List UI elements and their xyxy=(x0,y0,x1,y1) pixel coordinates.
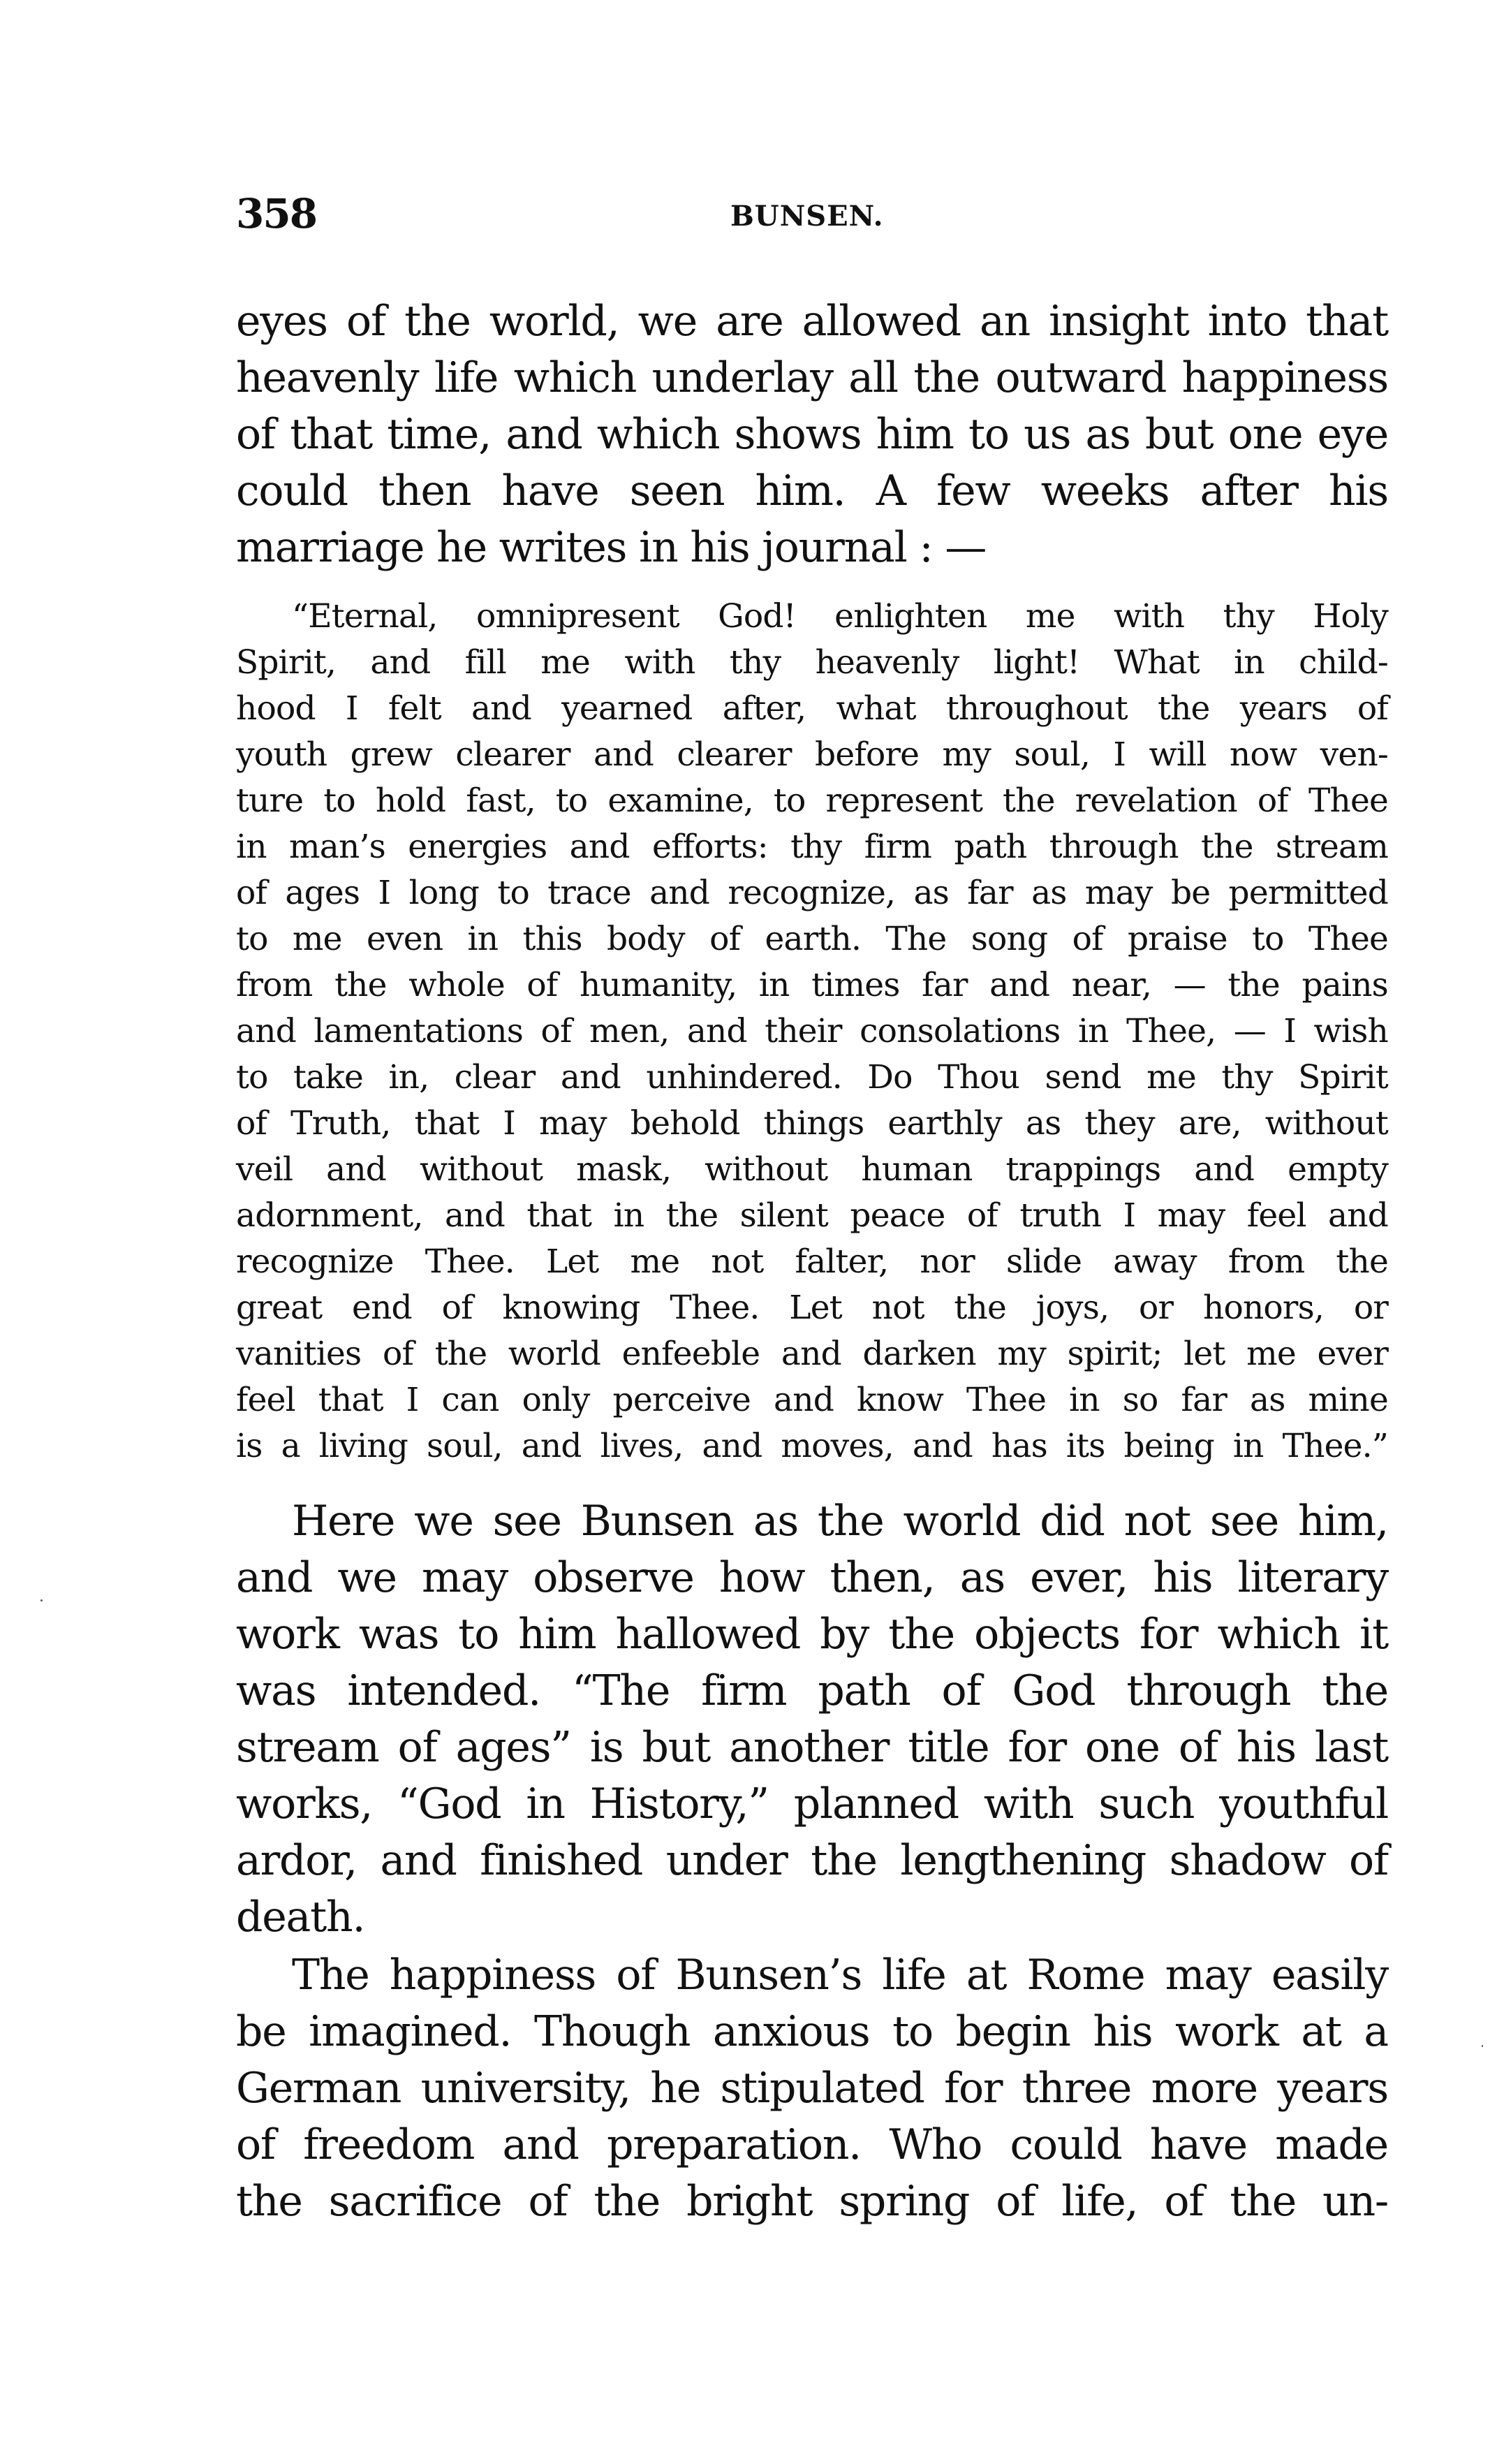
text-line: work was to him hallowed by the objects … xyxy=(236,1606,1388,1663)
text-line: be imagined. Though anxious to begin his… xyxy=(236,2004,1388,2060)
quote-line: of ages I long to trace and recognize, a… xyxy=(236,870,1388,916)
quote-line: to me even in this body of earth. The so… xyxy=(236,916,1388,962)
quote-line: is a living soul, and lives, and moves, … xyxy=(236,1423,1388,1469)
text-line: the sacrifice of the bright spring of li… xyxy=(236,2173,1388,2230)
quote-line: recognize Thee. Let me not falter, nor s… xyxy=(236,1239,1388,1285)
paragraph-here-we-see: Here we see Bunsen as the world did not … xyxy=(236,1493,1388,1946)
quote-line: Spirit, and fill me with thy heavenly li… xyxy=(236,640,1388,686)
text-line: marriage he writes in his journal : — xyxy=(236,520,1388,576)
text-line: could then have seen him. A few weeks af… xyxy=(236,463,1388,520)
text-line: The happiness of Bunsen’s life at Rome m… xyxy=(236,1947,1388,2004)
text-line: stream of ages” is but another title for… xyxy=(236,1719,1388,1776)
paragraph-intro: eyes of the world, we are allowed an ins… xyxy=(236,293,1388,576)
text-line: Here we see Bunsen as the world did not … xyxy=(236,1493,1388,1550)
quote-line: “Eternal, omnipresent God! enlighten me … xyxy=(236,594,1388,640)
text-line: eyes of the world, we are allowed an ins… xyxy=(236,293,1388,350)
quote-line: of Truth, that I may behold things earth… xyxy=(236,1101,1388,1147)
text-line: was intended. “The firm path of God thro… xyxy=(236,1663,1388,1719)
text-line: of freedom and preparation. Who could ha… xyxy=(236,2117,1388,2173)
quote-line: vanities of the world enfeeble and darke… xyxy=(236,1331,1388,1377)
quote-line: hood I felt and yearned after, what thro… xyxy=(236,686,1388,732)
text-line: ardor, and finished under the lengthenin… xyxy=(236,1833,1388,1889)
quote-line: youth grew clearer and clearer before my… xyxy=(236,732,1388,778)
page-header: 358 BUNSEN. xyxy=(236,190,1388,246)
scan-speck xyxy=(1482,2045,1483,2047)
paragraph-happiness: The happiness of Bunsen’s life at Rome m… xyxy=(236,1947,1388,2230)
quote-line: to take in, clear and unhindered. Do Tho… xyxy=(236,1055,1388,1101)
quote-line: adornment, and that in the silent peace … xyxy=(236,1193,1388,1239)
quote-line: great end of knowing Thee. Let not the j… xyxy=(236,1285,1388,1331)
quote-line: feel that I can only perceive and know T… xyxy=(236,1377,1388,1423)
page-number: 358 xyxy=(236,190,316,237)
scan-speck xyxy=(40,1599,43,1601)
quote-line: ture to hold fast, to examine, to repres… xyxy=(236,778,1388,824)
quote-line: and lamentations of men, and their conso… xyxy=(236,1009,1388,1055)
quote-line: in man’s energies and efforts: thy firm … xyxy=(236,824,1388,870)
text-line: heavenly life which underlay all the out… xyxy=(236,350,1388,406)
quote-line: from the whole of humanity, in times far… xyxy=(236,962,1388,1009)
text-line: of that time, and which shows him to us … xyxy=(236,406,1388,463)
text-line: and we may observe how then, as ever, hi… xyxy=(236,1550,1388,1606)
text-line: death. xyxy=(236,1889,1388,1946)
journal-quote: “Eternal, omnipresent God! enlighten me … xyxy=(236,594,1388,1469)
quote-line: veil and without mask, without human tra… xyxy=(236,1147,1388,1193)
running-head: BUNSEN. xyxy=(730,200,884,233)
text-line: German university, he stipulated for thr… xyxy=(236,2060,1388,2117)
text-line: works, “God in History,” planned with su… xyxy=(236,1776,1388,1833)
